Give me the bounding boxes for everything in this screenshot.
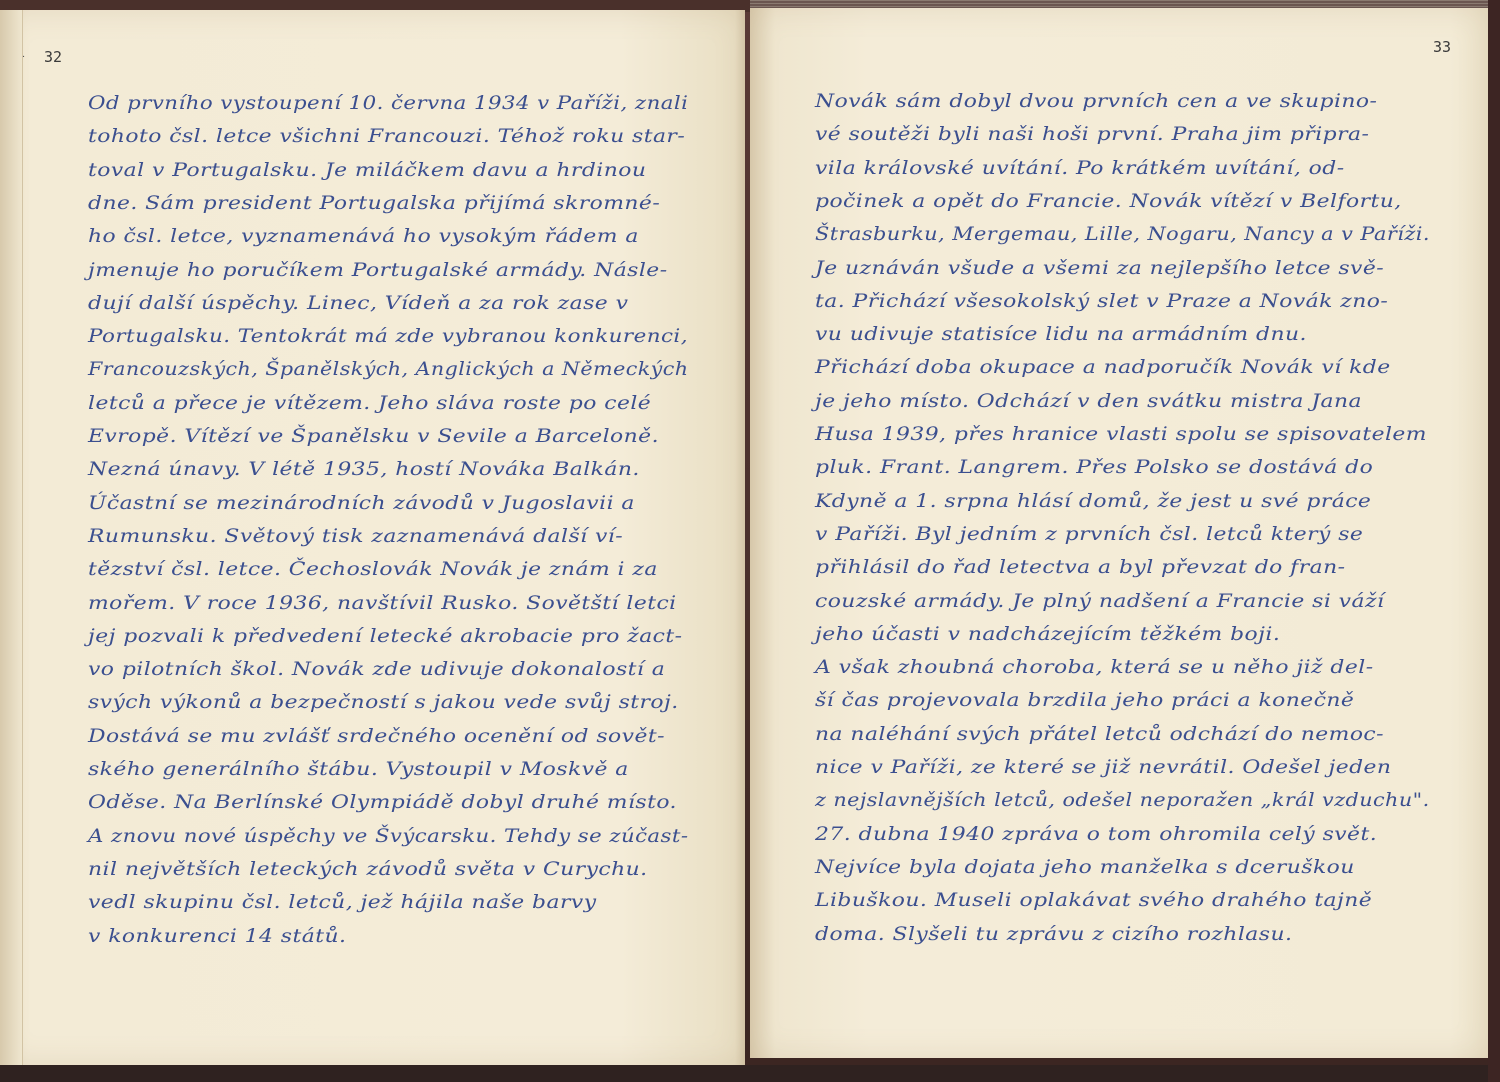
text-line: Je uznáván všude a všemi za nejlepšího l…: [815, 257, 1384, 279]
cover-right-edge: [1488, 0, 1500, 1082]
text-line: vé soutěži byli naši hoši první. Praha j…: [815, 123, 1369, 145]
text-line: tohoto čsl. letce všichni Francouzi. Téh…: [88, 125, 685, 147]
text-line: nil největších leteckých závodů světa v …: [88, 858, 648, 880]
text-line: Oděse. Na Berlínské Olympiádě dobyl druh…: [88, 791, 677, 813]
text-line: Portugalsku. Tentokrát má zde vybranou k…: [88, 325, 688, 347]
text-line: letců a přece je vítězem. Jeho sláva ros…: [88, 392, 651, 414]
text-line: vila královské uvítání. Po krátkém uvítá…: [815, 157, 1345, 179]
text-line: Přichází doba okupace a nadporučík Novák…: [815, 356, 1391, 378]
text-line: Evropě. Vítězí ve Španělsku v Sevile a B…: [88, 425, 659, 447]
text-line: je jeho místo. Odchází v den svátku mist…: [815, 390, 1362, 412]
text-line: ta. Přichází všesokolský slet v Praze a …: [815, 290, 1388, 312]
text-line: mořem. V roce 1936, navštívil Rusko. Sov…: [88, 592, 677, 614]
text-line: vu udivuje statisíce lidu na armádním dn…: [815, 323, 1307, 345]
text-line: Libuškou. Museli oplakávat svého drahého…: [815, 889, 1372, 911]
text-line: tězství čsl. letce. Čechoslovák Novák je…: [88, 558, 658, 580]
text-line: A znovu nové úspěchy ve Švýcarsku. Tehdy…: [88, 825, 688, 847]
cover-bottom-edge: [0, 1065, 1500, 1082]
text-line: Husa 1939, přes hranice vlasti spolu se …: [815, 423, 1427, 445]
text-line: přihlásil do řad letectva a byl převzat …: [815, 556, 1345, 578]
left-page: 1 32 Od prvního vystoupení 10. června 19…: [0, 10, 745, 1065]
text-line: jej pozvali k předvedení letecké akrobac…: [88, 625, 682, 647]
text-line: couzské armády. Je plný nadšení a Franci…: [815, 590, 1384, 612]
page-stack-left: [0, 10, 23, 1065]
text-line: Účastní se mezinárodních závodů v Jugosl…: [88, 492, 635, 514]
text-line: jmenuje ho poručíkem Portugalské armády.…: [88, 259, 668, 281]
text-line: Nezná únavy. V létě 1935, hostí Nováka B…: [88, 458, 640, 480]
text-line: svých výkonů a bezpečností s jakou vede …: [88, 691, 679, 713]
text-line: Od prvního vystoupení 10. června 1934 v …: [88, 92, 688, 114]
text-line: Nejvíce byla dojata jeho manželka s dcer…: [815, 856, 1355, 878]
left-page-number: 32: [44, 48, 62, 66]
text-line: ší čas projevovala brzdila jeho práci a …: [815, 689, 1354, 711]
text-line: dují další úspěchy. Linec, Vídeň a za ro…: [88, 292, 628, 314]
text-line: v konkurenci 14 států.: [88, 925, 346, 947]
text-line: toval v Portugalsku. Je miláčkem davu a …: [88, 159, 646, 181]
text-line: nice v Paříži, ze které se již nevrátil.…: [815, 756, 1391, 778]
text-line: v Paříži. Byl jedním z prvních čsl. letc…: [815, 523, 1363, 545]
text-line: A však zhoubná choroba, která se u něho …: [815, 656, 1374, 678]
text-line: Rumunsku. Světový tisk zaznamenává další…: [88, 525, 623, 547]
right-page-number: 33: [1433, 38, 1451, 56]
text-line: 27. dubna 1940 zpráva o tom ohromila cel…: [815, 823, 1377, 845]
text-line: vo pilotních škol. Novák zde udivuje dok…: [88, 658, 665, 680]
text-line: počinek a opět do Francie. Novák vítězí …: [815, 190, 1402, 212]
text-line: Novák sám dobyl dvou prvních cen a ve sk…: [815, 90, 1377, 112]
text-line: doma. Slyšeli tu zprávu z cizího rozhlas…: [815, 923, 1292, 945]
text-line: Francouzských, Španělských, Anglických a…: [88, 358, 689, 380]
text-line: pluk. Frant. Langrem. Přes Polsko se dos…: [815, 456, 1373, 478]
text-line: ského generálního štábu. Vystoupil v Mos…: [88, 758, 629, 780]
text-line: vedl skupinu čsl. letců, jež hájila naše…: [88, 891, 596, 913]
text-line: z nejslavnějších letců, odešel neporažen…: [815, 789, 1430, 811]
text-line: Kdyně a 1. srpna hlásí domů, že jest u s…: [815, 490, 1371, 512]
text-line: jeho účasti v nadcházejícím těžkém boji.: [815, 623, 1280, 645]
text-line: Dostává se mu zvlášť srdečného ocenění o…: [88, 725, 665, 747]
text-line: Štrasburku, Mergemau, Lille, Nogaru, Nan…: [815, 223, 1430, 245]
text-line: ho čsl. letce, vyznamenává ho vysokým řá…: [88, 225, 639, 247]
right-page: 33 Novák sám dobyl dvou prvních cen a ve…: [750, 8, 1488, 1058]
text-line: na naléhání svých přátel letců odchází d…: [815, 723, 1384, 745]
text-line: dne. Sám president Portugalska přijímá s…: [88, 192, 660, 214]
